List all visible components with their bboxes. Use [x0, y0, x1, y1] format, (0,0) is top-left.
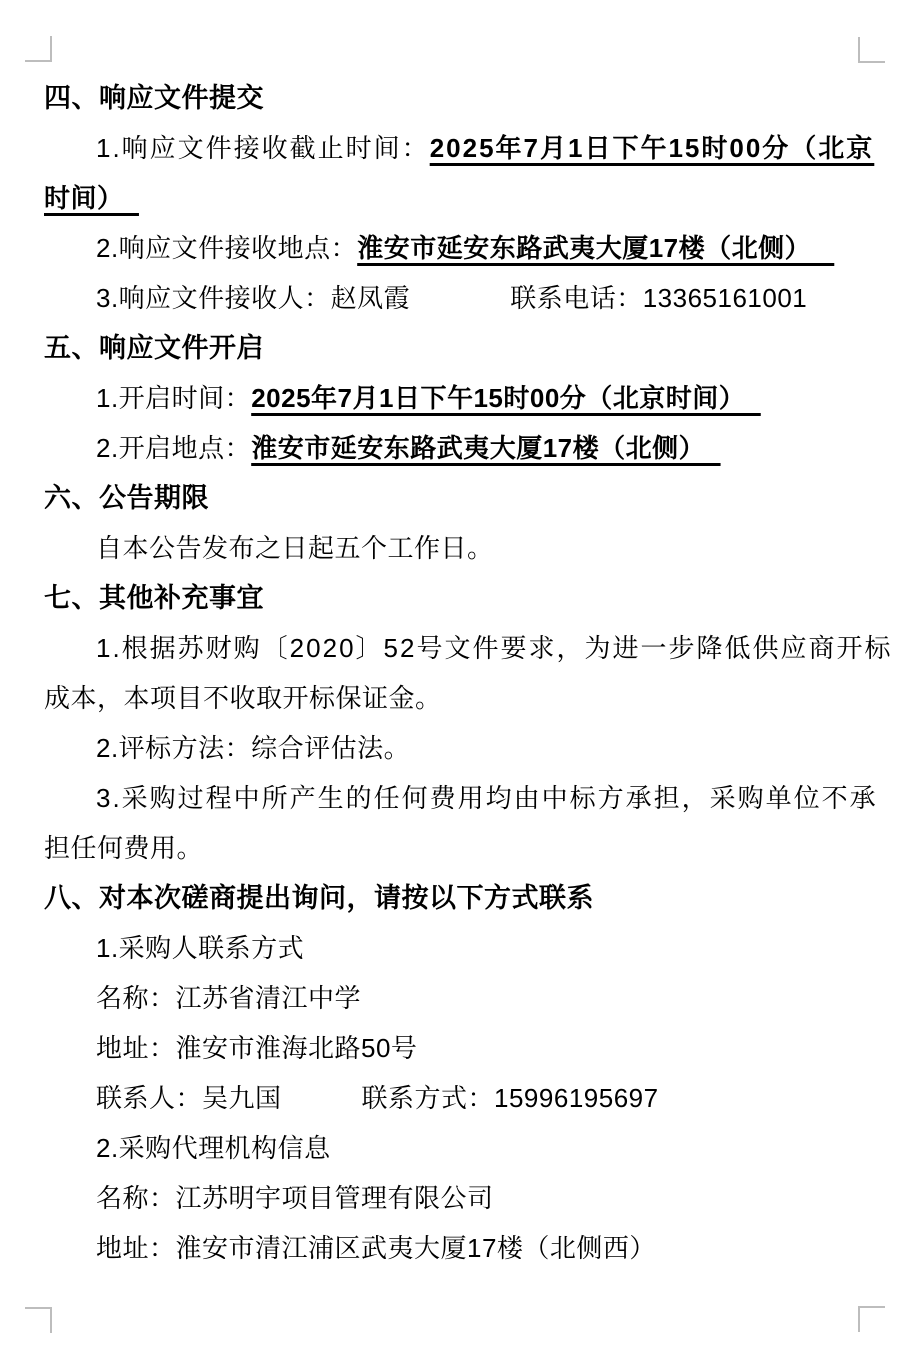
text-run: 联系电话：13365161001 [510, 283, 807, 313]
text-run: 淮安市延安东路武夷大厦17楼（北侧） [251, 433, 720, 463]
tab-space [410, 306, 510, 307]
text-run: 1.采购人联系方式 [96, 933, 304, 963]
section-heading: 四、响应文件提交 [44, 73, 876, 123]
document-body: 四、响应文件提交1.响应文件接收截止时间：2025年7月1日下午15时00分（北… [44, 73, 876, 1273]
crop-mark-top-right-icon [858, 37, 885, 63]
text-line: 时间） [44, 173, 876, 223]
section-heading-text: 五、响应文件开启 [44, 333, 264, 363]
text-line: 名称：江苏省清江中学 [44, 973, 876, 1023]
text-run: 2.采购代理机构信息 [96, 1133, 331, 1163]
text-run: 地址：淮安市清江浦区武夷大厦17楼（北侧西） [96, 1233, 656, 1263]
text-line: 名称：江苏明宇项目管理有限公司 [44, 1173, 876, 1223]
text-run: 2.响应文件接收地点： [96, 233, 357, 263]
text-line: 地址：淮安市清江浦区武夷大厦17楼（北侧西） [44, 1223, 876, 1273]
text-line: 地址：淮安市淮海北路50号 [44, 1023, 876, 1073]
tab-space [282, 1106, 362, 1107]
text-run: 淮安市延安东路武夷大厦17楼（北侧） [357, 233, 834, 263]
section-heading: 八、对本次磋商提出询问，请按以下方式联系 [44, 873, 876, 923]
text-line: 1.采购人联系方式 [44, 923, 876, 973]
section-heading-text: 七、其他补充事宜 [44, 583, 264, 613]
text-line: 2.采购代理机构信息 [44, 1123, 876, 1173]
text-line: 1.响应文件接收截止时间：2025年7月1日下午15时00分（北京 [44, 123, 876, 173]
text-line: 自本公告发布之日起五个工作日。 [44, 523, 876, 573]
document-page: 四、响应文件提交1.响应文件接收截止时间：2025年7月1日下午15时00分（北… [0, 0, 920, 1348]
text-line: 2.开启地点：淮安市延安东路武夷大厦17楼（北侧） [44, 423, 876, 473]
text-run: 2025年7月1日下午15时00分（北京时间） [251, 383, 761, 413]
text-line: 2.评标方法：综合评估法。 [44, 723, 876, 773]
crop-mark-top-left-icon [25, 36, 52, 62]
text-run: 1.响应文件接收截止时间： [96, 133, 430, 163]
text-line: 3.响应文件接收人：赵凤霞联系电话：13365161001 [44, 273, 876, 323]
text-run: 2.开启地点： [96, 433, 251, 463]
text-line: 成本，本项目不收取开标保证金。 [44, 673, 876, 723]
crop-mark-bottom-left-icon [25, 1307, 52, 1333]
text-run: 3.响应文件接收人：赵凤霞 [96, 283, 410, 313]
section-heading-text: 四、响应文件提交 [44, 83, 264, 113]
section-heading: 五、响应文件开启 [44, 323, 876, 373]
text-line: 2.响应文件接收地点：淮安市延安东路武夷大厦17楼（北侧） [44, 223, 876, 273]
text-run: 联系方式：15996195697 [362, 1083, 659, 1113]
text-run: 时间） [44, 183, 139, 213]
text-run: 1.根据苏财购〔2020〕52号文件要求，为进一步降低供应商开标 [96, 633, 892, 663]
text-run: 名称：江苏省清江中学 [96, 983, 361, 1013]
text-run: 3.采购过程中所产生的任何费用均由中标方承担，采购单位不承 [96, 783, 878, 813]
text-line: 1.根据苏财购〔2020〕52号文件要求，为进一步降低供应商开标 [44, 623, 876, 673]
section-heading-text: 六、公告期限 [44, 483, 209, 513]
text-line: 1.开启时间：2025年7月1日下午15时00分（北京时间） [44, 373, 876, 423]
text-run: 自本公告发布之日起五个工作日。 [96, 533, 494, 563]
section-heading-text: 八、对本次磋商提出询问，请按以下方式联系 [44, 883, 594, 913]
text-run: 1.开启时间： [96, 383, 251, 413]
text-run: 成本，本项目不收取开标保证金。 [44, 683, 442, 713]
text-run: 名称：江苏明宇项目管理有限公司 [96, 1183, 494, 1213]
text-run: 地址：淮安市淮海北路50号 [96, 1033, 417, 1063]
text-line: 3.采购过程中所产生的任何费用均由中标方承担，采购单位不承 [44, 773, 876, 823]
text-line: 联系人：吴九国联系方式：15996195697 [44, 1073, 876, 1123]
crop-mark-bottom-right-icon [858, 1306, 885, 1332]
section-heading: 七、其他补充事宜 [44, 573, 876, 623]
text-run: 2.评标方法：综合评估法。 [96, 733, 410, 763]
section-heading: 六、公告期限 [44, 473, 876, 523]
text-line: 担任何费用。 [44, 823, 876, 873]
text-run: 担任何费用。 [44, 833, 203, 863]
text-run: 联系人：吴九国 [96, 1083, 282, 1113]
text-run: 2025年7月1日下午15时00分（北京 [430, 133, 875, 163]
